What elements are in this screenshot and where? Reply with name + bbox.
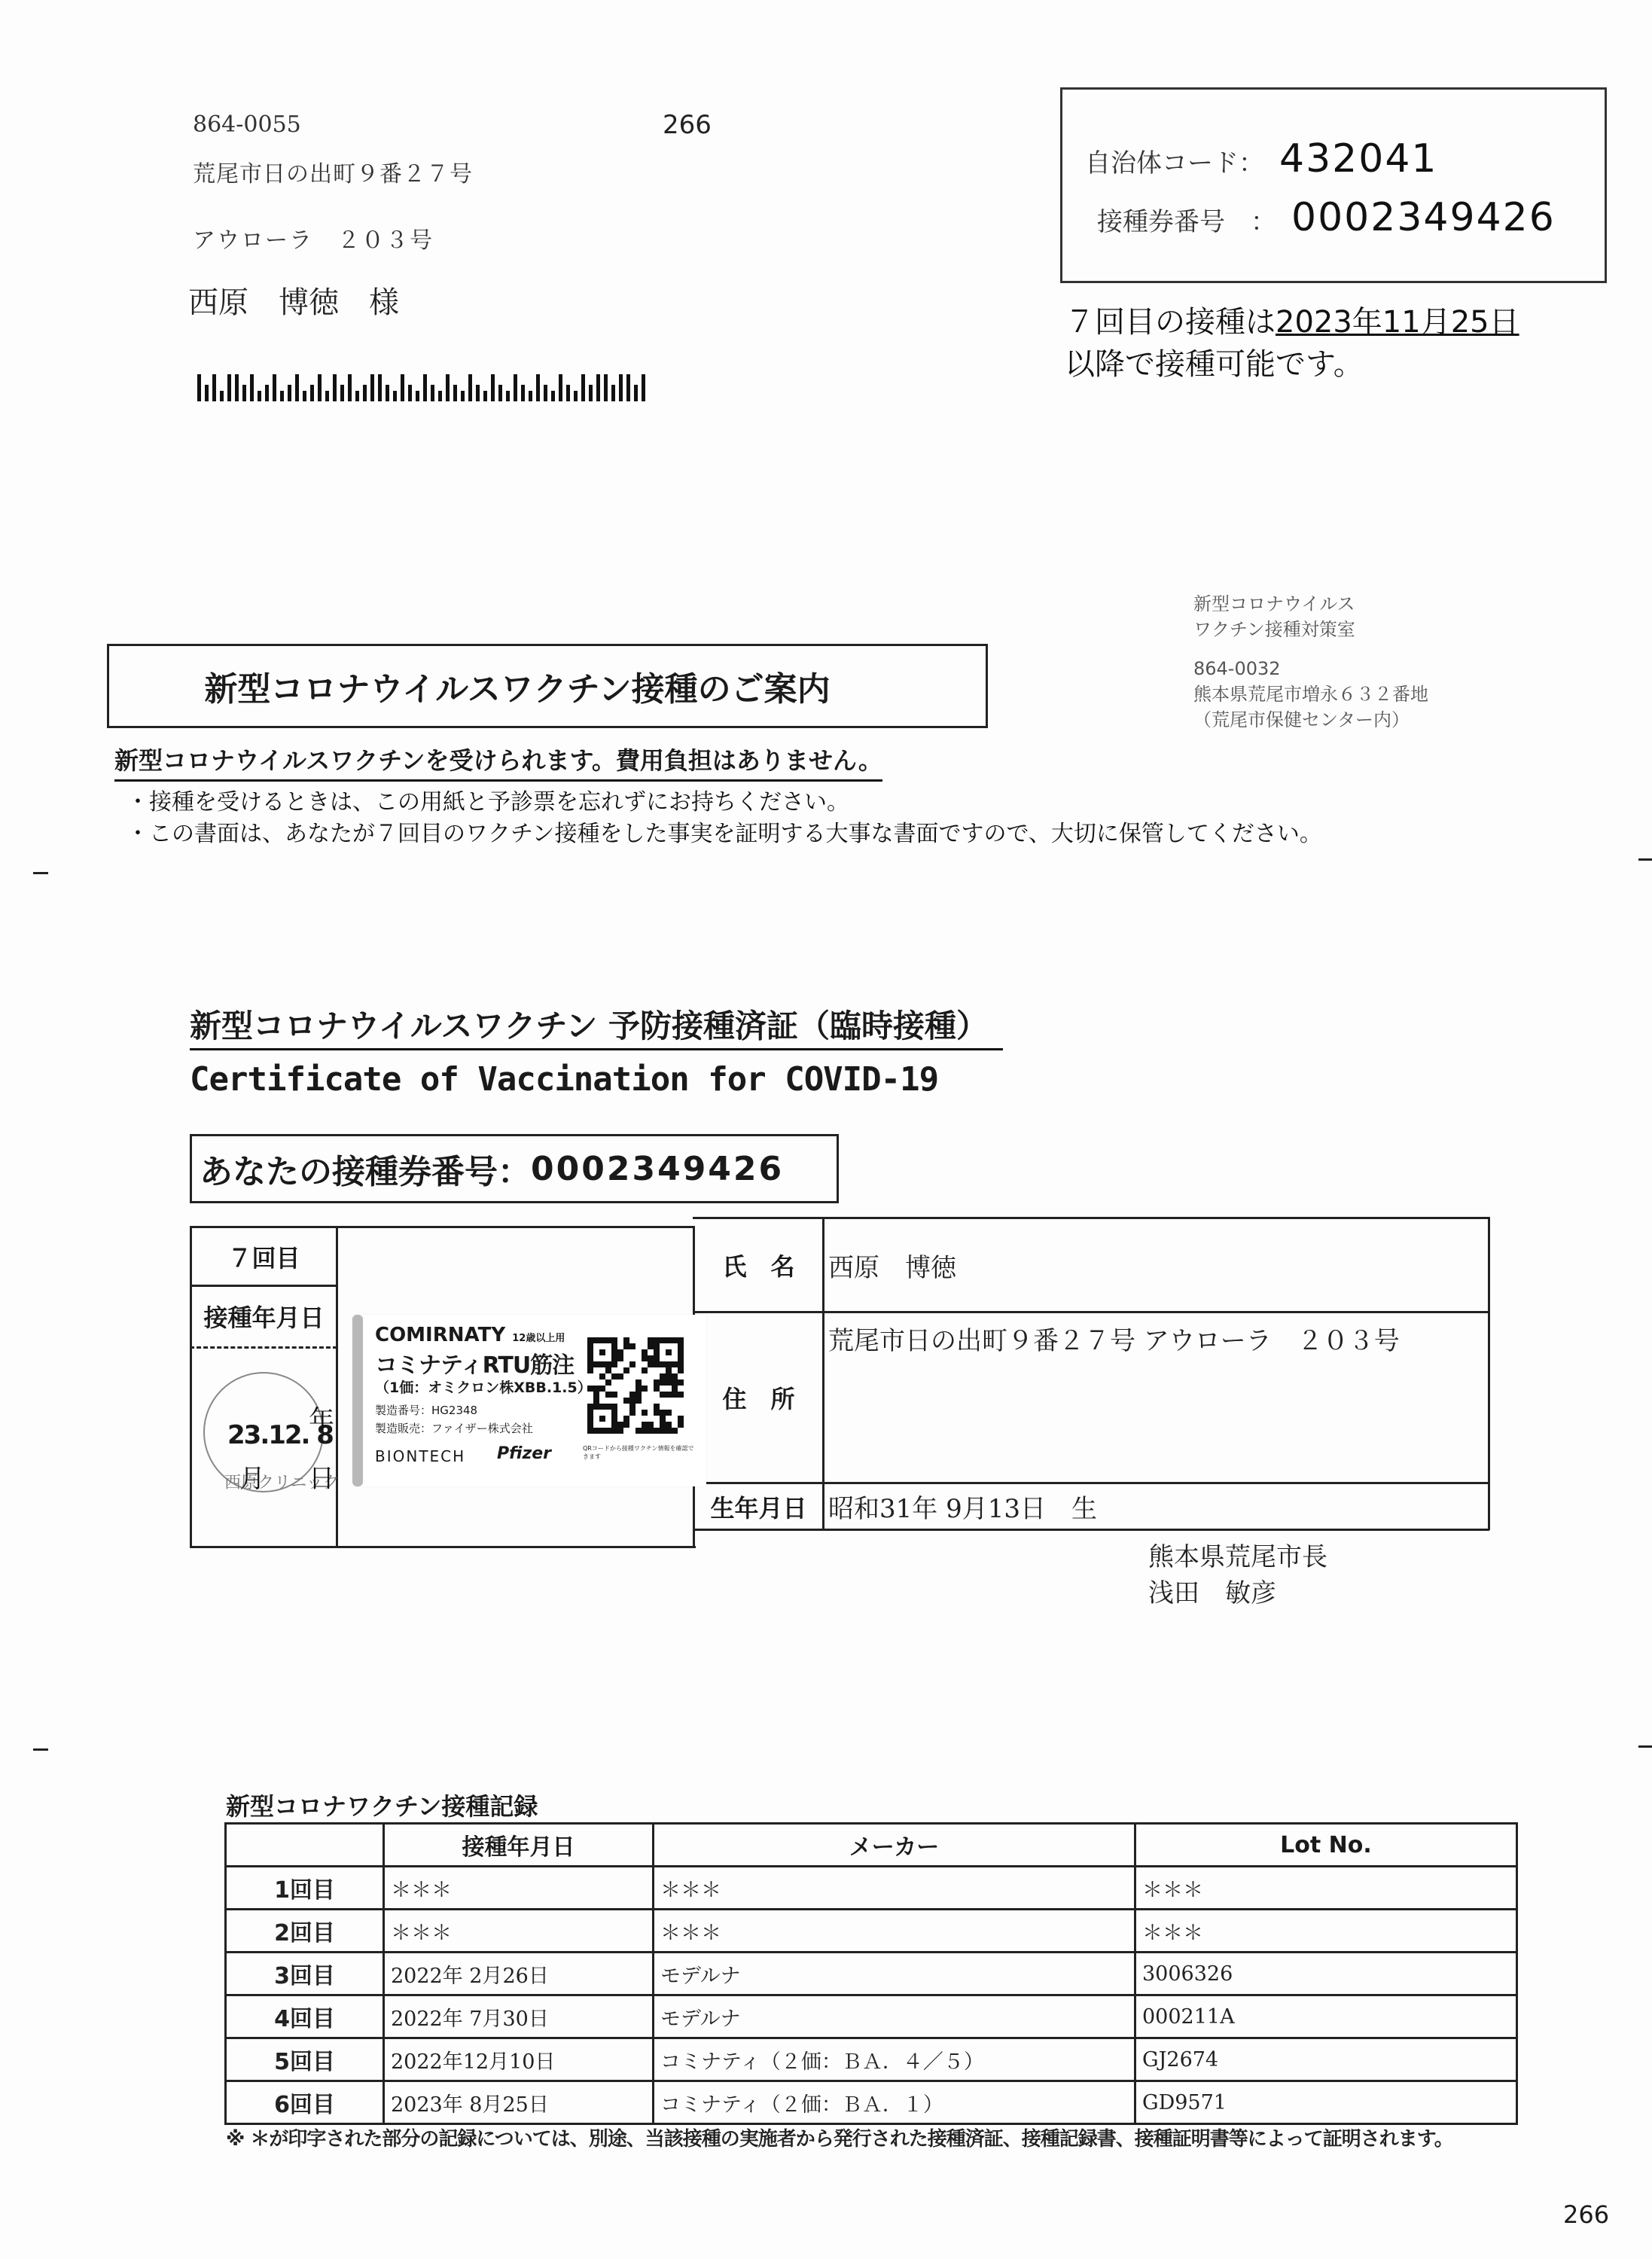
cell-maker: ＊＊＊ <box>654 1910 1135 1953</box>
sequence-number: 266 <box>663 110 712 140</box>
fold-mark <box>1638 858 1652 861</box>
cost-notice: 新型コロナウイルスワクチンを受けられます。費用負担はありません。 <box>114 742 882 782</box>
fold-mark <box>1638 1745 1652 1748</box>
cell-maker: モデルナ <box>654 1953 1135 1995</box>
cell-date: ＊＊＊ <box>384 1910 654 1953</box>
col-header-lot: Lot No. <box>1135 1824 1517 1867</box>
month-unit: 月 <box>239 1458 265 1495</box>
address-value: 荒尾市日の出町９番２７号 アウローラ ２０３号 <box>828 1319 1400 1357</box>
eligibility-suffix: 以降で接種可能です。 <box>1065 343 1519 386</box>
code-box: 自治体コード： 432041 接種券番号 ： 0002349426 <box>1060 87 1607 283</box>
pfizer-logo: Pfizer <box>497 1444 551 1463</box>
table-row: 3回目2022年 2月26日モデルナ3006326 <box>226 1953 1517 1995</box>
qr-note: QRコードから接種ワクチン情報を確認できます <box>583 1444 696 1461</box>
table-row: 4回目2022年 7月30日モデルナ000211A <box>226 1995 1517 2038</box>
office-postal-code: 864-0032 <box>1193 656 1428 681</box>
recipient-postal-code: 864-0055 <box>193 111 301 138</box>
recipient-address-line1: 荒尾市日の出町９番２７号 <box>193 155 473 188</box>
cell-date: ＊＊＊ <box>384 1867 654 1910</box>
col-header-dose <box>226 1824 384 1867</box>
guide-title-box: 新型コロナウイルスワクチン接種のご案内 <box>107 644 988 728</box>
eligibility-notice: ７回目の接種は2023年11月25日 以降で接種可能です。 <box>1065 301 1519 386</box>
cell-dose: 2回目 <box>226 1910 384 1953</box>
qr-code-icon[interactable] <box>587 1337 684 1434</box>
issuer: 熊本県荒尾市長 浅田 敏彦 <box>1148 1539 1327 1611</box>
fold-mark <box>33 872 48 874</box>
vaccination-records-table: 接種年月日 メーカー Lot No. 1回目＊＊＊＊＊＊＊＊＊2回目＊＊＊＊＊＊… <box>224 1822 1518 2125</box>
table-row: 2回目＊＊＊＊＊＊＊＊＊ <box>226 1910 1517 1953</box>
sticker-variant: （1価：オミクロン株XBB.1.5） <box>375 1376 592 1397</box>
cell-lot: 000211A <box>1135 1995 1517 2038</box>
records-title: 新型コロナワクチン接種記録 <box>226 1788 538 1822</box>
guide-bullet-2: ・この書面は、あなたが７回目のワクチン接種をした事実を証明する大事な書面ですので… <box>126 815 1322 848</box>
cell-dose: 1回目 <box>226 1867 384 1910</box>
cell-dose: 4回目 <box>226 1995 384 2038</box>
table-row: 6回目2023年 8月25日コミナティ（２価：ＢＡ．１）GD9571 <box>226 2081 1517 2124</box>
office-name-line1: 新型コロナウイルス <box>1193 591 1428 617</box>
col-header-date: 接種年月日 <box>384 1824 654 1867</box>
cell-lot: ＊＊＊ <box>1135 1867 1517 1910</box>
your-ticket-label: あなたの接種券番号： <box>200 1145 531 1193</box>
name-value: 西原 博徳 <box>828 1219 956 1311</box>
biontech-logo: BIONTECH <box>375 1447 465 1465</box>
cell-maker: コミナティ（２価：ＢＡ．１） <box>654 2081 1135 2124</box>
your-ticket-number: 0002349426 <box>531 1150 784 1188</box>
records-footnote: ※ ＊が印字された部分の記録については、別途、当該接種の実施者から発行された接種… <box>226 2123 1453 2151</box>
day-unit: 日 <box>309 1458 334 1495</box>
cell-lot: GJ2674 <box>1135 2038 1517 2081</box>
table-row: 1回目＊＊＊＊＊＊＊＊＊ <box>226 1867 1517 1910</box>
postal-barcode <box>197 374 696 401</box>
cell-dose: 5回目 <box>226 2038 384 2081</box>
ticket-number-label: 接種券番号 ： <box>1097 201 1276 238</box>
office-address: 熊本県荒尾市増永６３２番地 <box>1193 681 1428 707</box>
sticker-maker: 製造販売：ファイザー株式会社 <box>375 1420 533 1436</box>
ticket-number: 0002349426 <box>1291 195 1556 240</box>
municipality-code: 432041 <box>1279 136 1438 181</box>
dose-label: ７回目 <box>192 1228 336 1285</box>
cell-date: 2022年12月10日 <box>384 2038 654 2081</box>
eligibility-date: 2023年11月25日 <box>1276 305 1519 340</box>
certificate-title-en: Certificate of Vaccination for COVID-19 <box>190 1060 938 1099</box>
cell-date: 2022年 2月26日 <box>384 1953 654 1995</box>
cell-dose: 3回目 <box>226 1953 384 1995</box>
year-unit: 年 <box>309 1399 334 1436</box>
cell-maker: モデルナ <box>654 1995 1135 2038</box>
guide-title: 新型コロナウイルスワクチン接種のご案内 <box>204 662 890 710</box>
cell-date: 2022年 7月30日 <box>384 1995 654 2038</box>
recipient-address-line2: アウローラ ２０３号 <box>193 221 434 255</box>
vaccine-lot-sticker: COMIRNATY 12歳以上用 コミナティRTU筋注 （1価：オミクロン株XB… <box>352 1315 706 1486</box>
cell-lot: GD9571 <box>1135 2081 1517 2124</box>
cell-lot: ＊＊＊ <box>1135 1910 1517 1953</box>
vaccination-date-label: 接種年月日 <box>192 1287 336 1346</box>
sticker-age-note: 12歳以上用 <box>512 1333 565 1344</box>
address-label: 住 所 <box>695 1313 822 1482</box>
office-info: 新型コロナウイルス ワクチン接種対策室 864-0032 熊本県荒尾市増永６３２… <box>1193 591 1428 733</box>
guide-bullet-1: ・接種を受けるときは、この用紙と予診票を忘れずにお持ちください。 <box>126 783 849 816</box>
recipient-name: 西原 博徳 様 <box>188 279 399 322</box>
birthdate-label: 生年月日 <box>695 1484 822 1529</box>
certificate-title-ja: 新型コロナウイルスワクチン 予防接種済証（臨時接種） <box>190 1001 1003 1050</box>
col-header-maker: メーカー <box>654 1824 1135 1867</box>
sticker-brand-en: COMIRNATY <box>375 1324 505 1346</box>
name-label: 氏 名 <box>695 1219 822 1311</box>
cell-maker: ＊＊＊ <box>654 1867 1135 1910</box>
cell-lot: 3006326 <box>1135 1953 1517 1995</box>
birthdate-value: 昭和31年 9月13日 生 <box>828 1484 1097 1529</box>
issuer-name: 浅田 敏彦 <box>1148 1575 1327 1611</box>
cell-date: 2023年 8月25日 <box>384 2081 654 2124</box>
office-address-note: （荒尾市保健センター内） <box>1193 707 1428 733</box>
table-row: 5回目2022年12月10日コミナティ（２価：ＢＡ．４／５）GJ2674 <box>226 2038 1517 2081</box>
sticker-lot: 製造番号：HG2348 <box>375 1402 477 1418</box>
page-number: 266 <box>1563 2200 1609 2229</box>
sticker-brand-ja: コミナティRTU筋注 <box>375 1346 574 1379</box>
municipality-code-label: 自治体コード： <box>1085 142 1264 179</box>
your-ticket-number-box: あなたの接種券番号： 0002349426 <box>190 1134 839 1203</box>
fold-mark <box>33 1748 48 1751</box>
cell-dose: 6回目 <box>226 2081 384 2124</box>
office-name-line2: ワクチン接種対策室 <box>1193 617 1428 642</box>
eligibility-prefix: ７回目の接種は <box>1065 305 1276 340</box>
cell-maker: コミナティ（２価：ＢＡ．４／５） <box>654 2038 1135 2081</box>
issuer-title: 熊本県荒尾市長 <box>1148 1539 1327 1575</box>
